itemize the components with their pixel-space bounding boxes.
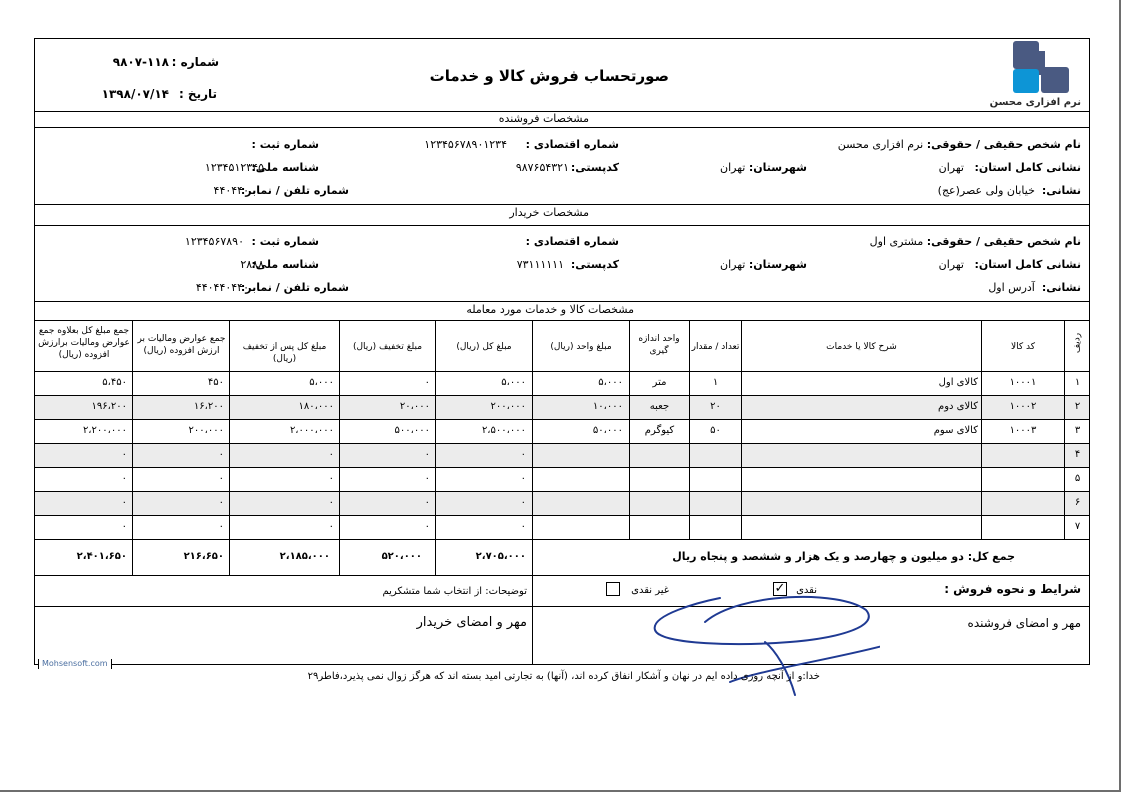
- seller-city-field: شهرستان: تهران: [720, 161, 807, 175]
- buyer-province-value: تهران: [939, 258, 964, 271]
- company-logo: نرم افزاری محسن: [1011, 41, 1081, 113]
- seller-postal-label: کدپستی:: [571, 161, 619, 175]
- seller-economic-no-label: شماره اقتصادی :: [526, 138, 619, 152]
- footer-quote: خدا:و از آنچه روزی داده ایم در نهان و آش…: [280, 671, 820, 682]
- invoice-number-value: ۹۸۰۷-۱۱۸: [113, 55, 169, 69]
- buyer-postal-label: کدپستی:: [571, 258, 619, 272]
- divider: [35, 301, 1089, 302]
- invoice-title: صورتحساب فروش کالا و خدمات: [430, 69, 669, 83]
- divider: [35, 467, 1089, 468]
- seller-province-label: نشانی کامل استان:: [974, 161, 1081, 174]
- col-line: [532, 575, 533, 665]
- buyer-signature-label: مهر و امضای خریدار: [417, 616, 527, 630]
- invoice-date-value: ۱۳۹۸/۰۷/۱۴: [102, 87, 169, 101]
- buyer-reg-no-label: شماره ثبت :: [252, 235, 319, 249]
- cell-total: ۲،۵۰۰،۰۰۰: [436, 425, 526, 437]
- buyer-address-label: نشانی:: [1042, 281, 1081, 294]
- cell-after-discount: ۰: [230, 449, 334, 461]
- divider: [35, 127, 1089, 128]
- cell-discount: ۰: [340, 521, 430, 533]
- seller-national-id-value: ۱۲۳۴۵۱۲۳۴۵: [205, 161, 264, 175]
- cell-grand-total: ۰: [37, 449, 127, 461]
- cell-unit-price: ۱۰،۰۰۰: [533, 401, 623, 413]
- divider: [35, 539, 1089, 540]
- seller-signature-label: مهر و امضای فروشنده: [968, 616, 1081, 630]
- divider: [35, 606, 1089, 607]
- col-line: [132, 320, 133, 575]
- cell-grand-total: ۲،۲۰۰،۰۰۰: [37, 425, 127, 437]
- cell-row: ۴: [1065, 449, 1090, 461]
- cell-discount: ۰: [340, 449, 430, 461]
- seller-address-label: نشانی:: [1042, 184, 1081, 197]
- cash-checkbox[interactable]: ✓: [773, 582, 787, 596]
- non-cash-checkbox[interactable]: [606, 582, 620, 596]
- cell-grand-total: ۰: [37, 521, 127, 533]
- total-discount: ۵۲۰،۰۰۰: [340, 551, 422, 563]
- cell-tax: ۴۵۰: [133, 377, 224, 389]
- total-after-discount: ۲،۱۸۵،۰۰۰: [230, 551, 330, 563]
- cell-row: ۲: [1065, 401, 1090, 413]
- cell-discount: ۵۰۰،۰۰۰: [340, 425, 430, 437]
- cell-tax: ۲۰۰،۰۰۰: [133, 425, 224, 437]
- col-header-tax: جمع عوارض ومالیات بر ارزش افزوده (ریال): [135, 333, 228, 357]
- cell-unit: جعبه: [630, 401, 689, 413]
- terms-label: شرایط و نحوه فروش :: [944, 582, 1081, 596]
- seller-province-field: نشانی کامل استان: تهران: [939, 161, 1081, 175]
- buyer-city-value: تهران: [720, 258, 745, 271]
- cell-after-discount: ۲،۰۰۰،۰۰۰: [230, 425, 334, 437]
- cell-unit-price: ۵،۰۰۰: [533, 377, 623, 389]
- invoice-date-label: تاریخ :: [179, 87, 217, 101]
- cell-total: ۰: [436, 449, 526, 461]
- cell-total: ۵،۰۰۰: [436, 377, 526, 389]
- divider: [35, 225, 1089, 226]
- cell-total: ۰: [436, 497, 526, 509]
- cell-discount: ۲۰،۰۰۰: [340, 401, 430, 413]
- watermark-text: Mohsensoft.com: [38, 659, 112, 669]
- cell-code: ۱۰۰۰۲: [982, 401, 1064, 413]
- seller-city-label: شهرستان:: [749, 161, 807, 174]
- buyer-phone-label: شماره تلفن / نمابر:: [241, 281, 349, 295]
- seller-name-value: نرم افزاری محسن: [838, 138, 923, 151]
- col-header-total: مبلغ کل (ریال): [436, 341, 532, 353]
- seller-section-title: مشخصات فروشنده: [499, 112, 589, 126]
- logo-text: نرم افزاری محسن: [1009, 97, 1081, 108]
- total-in-words: جمع کل: دو میلیون و چهارصد و یک هزار و ش…: [555, 551, 1015, 563]
- cell-unit-price: ۵۰،۰۰۰: [533, 425, 623, 437]
- divider: [35, 575, 1089, 576]
- cell-quantity: ۱: [690, 377, 741, 389]
- cell-unit: متر: [630, 377, 689, 389]
- cell-description: کالای اول: [742, 377, 978, 389]
- buyer-city-label: شهرستان:: [749, 258, 807, 271]
- cell-row: ۷: [1065, 521, 1090, 533]
- cell-description: کالای سوم: [742, 425, 978, 437]
- non-cash-label: غیر نقدی: [631, 584, 669, 598]
- cell-total: ۲۰۰،۰۰۰: [436, 401, 526, 413]
- col-header-discount: مبلغ تخفیف (ریال): [340, 341, 435, 353]
- notes-text: توضیحات: از انتخاب شما متشکریم: [382, 585, 527, 599]
- cell-grand-total: ۱۹۶،۲۰۰: [37, 401, 127, 413]
- total-grand: ۲،۴۰۱،۶۵۰: [37, 551, 127, 563]
- cell-tax: ۱۶،۲۰۰: [133, 401, 224, 413]
- divider: [35, 443, 1089, 444]
- buyer-national-id-value: ۲۸۸۸: [240, 258, 264, 272]
- cell-tax: ۰: [133, 497, 224, 509]
- buyer-name-label: نام شخص حقیقی / حقوقی:: [927, 235, 1081, 248]
- cell-after-discount: ۰: [230, 473, 334, 485]
- cell-row: ۵: [1065, 473, 1090, 485]
- buyer-postal-value: ۷۳۱۱۱۱۱۱: [517, 258, 564, 272]
- cash-label: نقدی: [796, 584, 817, 598]
- seller-address-field: نشانی: خیابان ولی عصر(عج): [938, 184, 1081, 198]
- cell-total: ۰: [436, 521, 526, 533]
- buyer-city-field: شهرستان: تهران: [720, 258, 807, 272]
- col-header-unit: واحد اندازه گیری: [633, 333, 685, 357]
- seller-economic-no-value: ۱۲۳۴۵۶۷۸۹۰۱۲۳۴: [424, 138, 507, 152]
- cell-row: ۳: [1065, 425, 1090, 437]
- logo-block-icon: [1041, 67, 1069, 93]
- divider: [35, 204, 1089, 205]
- logo-block-accent-icon: [1013, 69, 1039, 93]
- col-header-quantity: تعداد / مقدار: [690, 341, 741, 353]
- col-line: [532, 320, 533, 575]
- cell-after-discount: ۰: [230, 521, 334, 533]
- cell-quantity: ۵۰: [690, 425, 741, 437]
- cell-discount: ۰: [340, 377, 430, 389]
- col-line: [435, 320, 436, 575]
- col-line: [339, 320, 340, 575]
- seller-phone-label: شماره تلفن / نمابر:: [241, 184, 349, 198]
- seller-city-value: تهران: [720, 161, 745, 174]
- cell-after-discount: ۰: [230, 497, 334, 509]
- cell-tax: ۰: [133, 473, 224, 485]
- col-header-code: کد کالا: [982, 341, 1064, 353]
- divider: [35, 395, 1089, 396]
- buyer-address-value: آدرس اول: [988, 281, 1035, 294]
- buyer-reg-no-value: ۱۲۳۴۵۶۷۸۹۰: [185, 235, 244, 249]
- cell-discount: ۰: [340, 473, 430, 485]
- buyer-province-label: نشانی کامل استان:: [974, 258, 1081, 271]
- cell-quantity: ۲۰: [690, 401, 741, 413]
- total-tax: ۲۱۶،۶۵۰: [133, 551, 224, 563]
- seller-name-label: نام شخص حقیقی / حقوقی:: [927, 138, 1081, 151]
- cell-row: ۱: [1065, 377, 1090, 389]
- cell-description: کالای دوم: [742, 401, 978, 413]
- divider: [35, 515, 1089, 516]
- items-section-title: مشخصات کالا و خدمات مورد معامله: [466, 303, 634, 317]
- col-header-row: ردیف: [1072, 331, 1084, 356]
- buyer-section-title: مشخصات خریدار: [509, 206, 589, 220]
- divider: [35, 491, 1089, 492]
- cell-grand-total: ۰: [37, 497, 127, 509]
- cell-tax: ۰: [133, 521, 224, 533]
- cell-code: ۱۰۰۰۳: [982, 425, 1064, 437]
- col-header-grand-total: جمع مبلغ کل بعلاوه جمع عوارض ومالیات برا…: [37, 325, 131, 361]
- seller-address-value: خیابان ولی عصر(عج): [938, 184, 1035, 197]
- cell-after-discount: ۵،۰۰۰: [230, 377, 334, 389]
- buyer-economic-no-label: شماره اقتصادی :: [526, 235, 619, 249]
- invoice-number-label: شماره :: [172, 55, 219, 69]
- divider: [35, 371, 1089, 372]
- divider: [35, 320, 1089, 321]
- col-header-unit-price: مبلغ واحد (ریال): [533, 341, 629, 353]
- cell-grand-total: ۰: [37, 473, 127, 485]
- cell-grand-total: ۵،۴۵۰: [37, 377, 127, 389]
- cell-tax: ۰: [133, 449, 224, 461]
- buyer-phone-value: ۴۴۰۴۴۰۴۴۰: [196, 281, 249, 295]
- seller-reg-no-label: شماره ثبت :: [252, 138, 319, 152]
- invoice-form: نرم افزاری محسن صورتحساب فروش کالا و خدم…: [34, 38, 1090, 665]
- buyer-name-field: نام شخص حقیقی / حقوقی: مشتری اول: [870, 235, 1081, 249]
- seller-postal-value: ۹۸۷۶۵۴۳۲۱: [516, 161, 569, 175]
- buyer-address-field: نشانی: آدرس اول: [988, 281, 1081, 295]
- col-header-after-discount: مبلغ کل پس از تخفیف (ریال): [230, 341, 339, 365]
- cell-code: ۱۰۰۰۱: [982, 377, 1064, 389]
- total-amount: ۲،۷۰۵،۰۰۰: [436, 551, 526, 563]
- divider: [35, 419, 1089, 420]
- col-header-description: شرح کالا یا خدمات: [742, 341, 981, 353]
- buyer-name-value: مشتری اول: [870, 235, 924, 248]
- seller-province-value: تهران: [939, 161, 964, 174]
- buyer-province-field: نشانی کامل استان: تهران: [939, 258, 1081, 272]
- seller-phone-value: ۴۴۰۴۴۰: [214, 184, 249, 198]
- cell-total: ۰: [436, 473, 526, 485]
- cell-row: ۶: [1065, 497, 1090, 509]
- cell-unit: کیوگرم: [630, 425, 689, 437]
- seller-name-field: نام شخص حقیقی / حقوقی: نرم افزاری محسن: [838, 138, 1081, 152]
- cell-discount: ۰: [340, 497, 430, 509]
- cell-after-discount: ۱۸۰،۰۰۰: [230, 401, 334, 413]
